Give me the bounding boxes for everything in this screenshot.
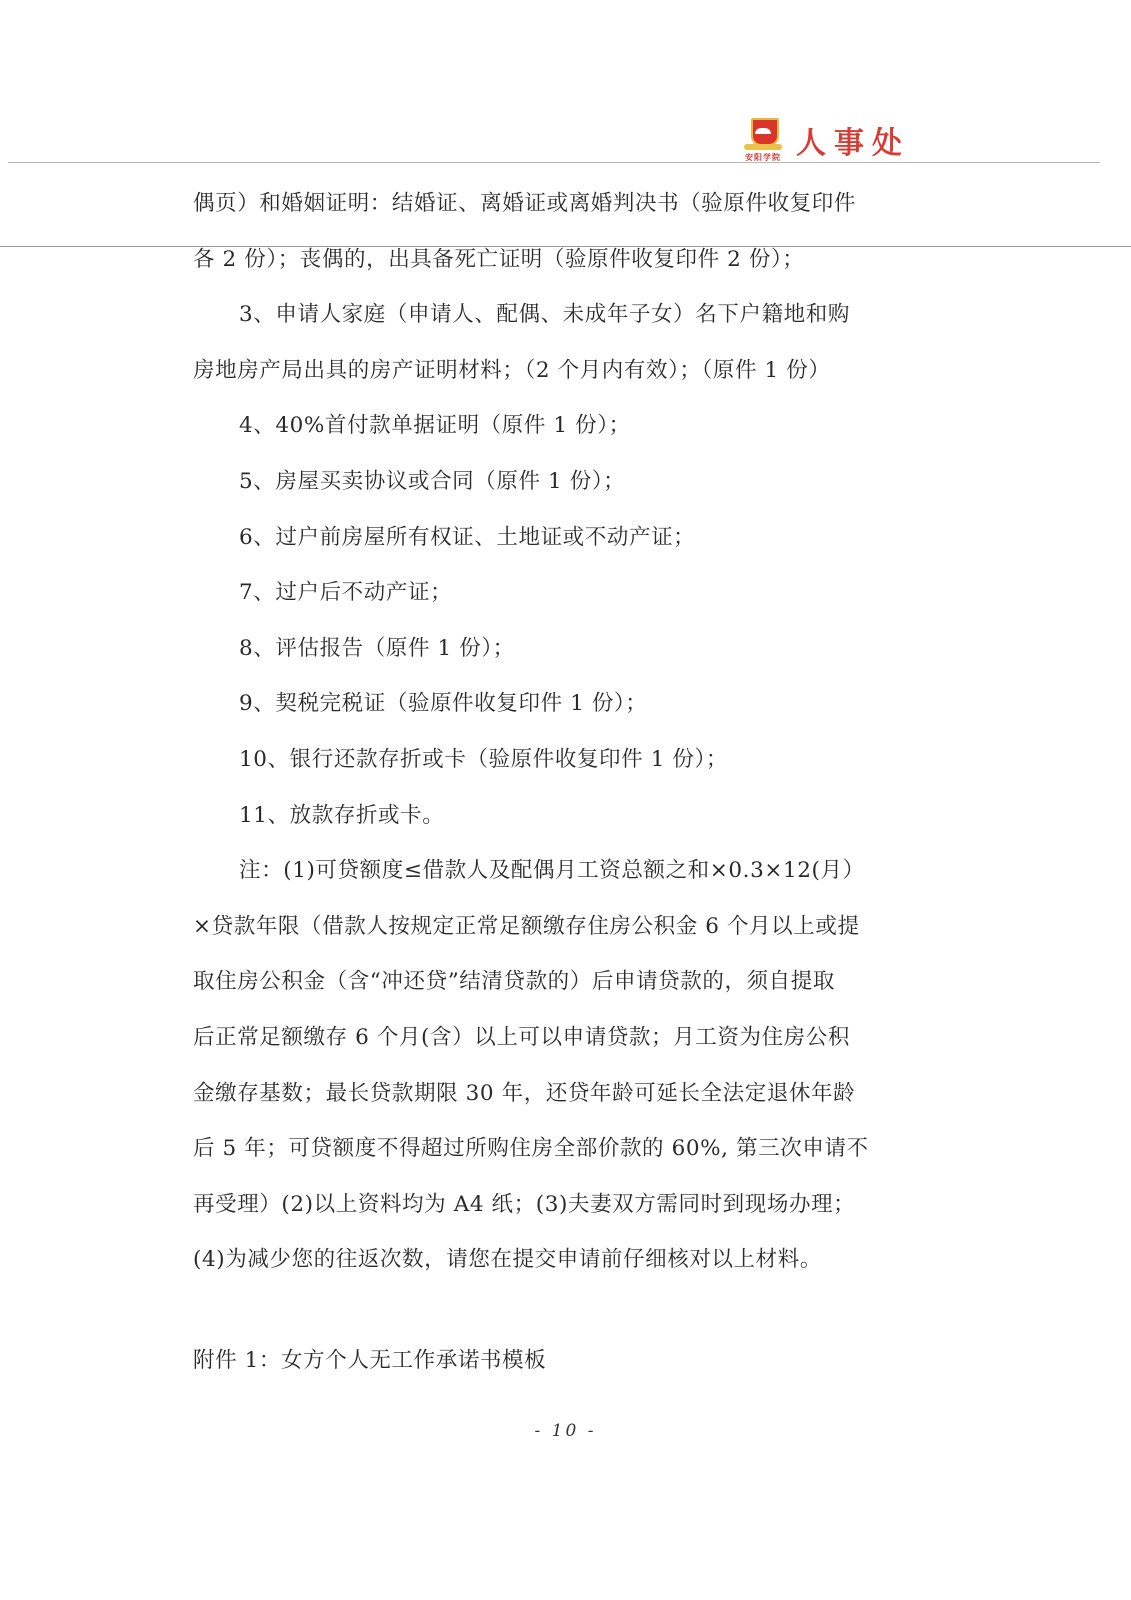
department-name: 人事处 — [796, 124, 910, 164]
school-emblem-icon: 安阳学院 — [742, 116, 784, 164]
letterhead: 安阳学院 人事处 — [0, 0, 1131, 165]
list-item-3: 3、申请人家庭（申请人、配偶、未成年子女）名下户籍地和购 — [193, 287, 933, 343]
list-item-9: 9、契税完税证（验原件收复印件 1 份）； — [193, 676, 933, 732]
list-item-8: 8、评估报告（原件 1 份）； — [193, 621, 933, 677]
document-body: 偶页）和婚姻证明：结婚证、离婚证或离婚判决书（验原件收复印件 各 2 份）；丧偶… — [193, 176, 933, 1288]
list-item-4: 4、40%首付款单据证明（原件 1 份）； — [193, 398, 933, 454]
note-line: 后 5 年；可贷额度不得超过所购住房全部价款的 60%, 第三次申请不 — [193, 1121, 933, 1177]
emblem-book — [755, 128, 771, 134]
note-line: 注：(1)可贷额度≤借款人及配偶月工资总额之和×0.3×12(月） — [193, 843, 933, 899]
note-line: (4)为减少您的往返次数，请您在提交申请前仔细核对以上材料。 — [193, 1232, 933, 1288]
body-line: 偶页）和婚姻证明：结婚证、离婚证或离婚判决书（验原件收复印件 — [193, 176, 933, 232]
attachment-label: 附件 1：女方个人无工作承诺书模板 — [193, 1341, 546, 1381]
list-item-11: 11、放款存折或卡。 — [193, 788, 933, 844]
emblem-ribbon — [744, 144, 782, 150]
note-line: 再受理）(2)以上资料均为 A4 纸；(3)夫妻双方需同时到现场办理； — [193, 1177, 933, 1233]
list-item-5: 5、房屋买卖协议或合同（原件 1 份）； — [193, 454, 933, 510]
note-line: 金缴存基数；最长贷款期限 30 年，还贷年龄可延长全法定退休年龄 — [193, 1066, 933, 1122]
department-logo: 安阳学院 人事处 — [742, 116, 910, 164]
page-number: - 10 - — [0, 1421, 1131, 1441]
note-line: ×贷款年限（借款人按规定正常足额缴存住房公积金 6 个月以上或提 — [193, 899, 933, 955]
list-item-10: 10、银行还款存折或卡（验原件收复印件 1 份）； — [193, 732, 933, 788]
body-line: 房地房产局出具的房产证明材料；（2 个月内有效）；（原件 1 份） — [193, 343, 933, 399]
header-divider — [8, 162, 1100, 163]
body-line: 各 2 份）；丧偶的，出具备死亡证明（验原件收复印件 2 份）； — [193, 232, 933, 288]
note-line: 后正常足额缴存 6 个月(含）以上可以申请贷款；月工资为住房公积 — [193, 1010, 933, 1066]
list-item-6: 6、过户前房屋所有权证、土地证或不动产证； — [193, 510, 933, 566]
note-line: 取住房公积金（含“冲还贷”结清贷款的）后申请贷款的，须自提取 — [193, 954, 933, 1010]
list-item-7: 7、过户后不动产证； — [193, 565, 933, 621]
